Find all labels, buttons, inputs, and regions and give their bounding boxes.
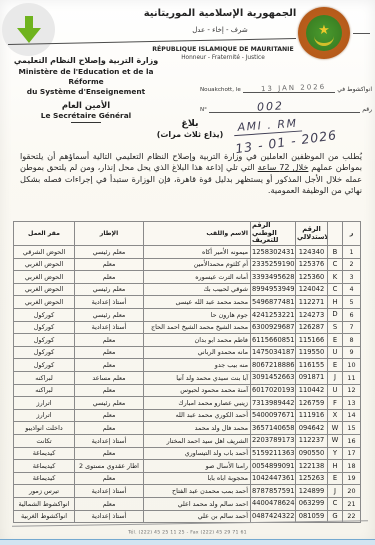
- table-row: 9U1195501475034187مانه محمدو الربانيمعلم…: [14, 346, 361, 359]
- table-row: 2C1253762335259190أم كلثوم محمدالأمينمعل…: [14, 258, 361, 271]
- handwritten-annotations: AMI . RM 13 - 01 - 2026: [233, 108, 355, 152]
- cell-name: جوم هارون حا: [144, 309, 251, 322]
- cell-workplace: انواكشوط الشمالية: [14, 497, 75, 510]
- cell-name: احمد سالم ولد محمد اعلي: [144, 497, 251, 510]
- cell-national_id: 2335259190: [251, 258, 296, 271]
- title-main: بلاغ: [130, 118, 250, 129]
- cell-name: محمد محمد عبد الله عيسى: [144, 296, 251, 309]
- table-row: 17Y0905505159211363أحمد باب ولد التيساور…: [14, 447, 361, 460]
- cell-ref_no: 115166: [296, 334, 328, 347]
- cell-name: فاطم محمد ابو بدان: [144, 334, 251, 347]
- bottom-blue-bar: [0, 539, 375, 545]
- handwritten-number: 002: [257, 99, 285, 113]
- cell-name: أحمد باب ولد التيساوري: [144, 447, 251, 460]
- cell-national_id: 5159211363: [251, 447, 296, 460]
- download-button[interactable]: [2, 3, 55, 56]
- cell-letter: D: [328, 309, 343, 322]
- table-row: 21C0632994400478624احمد سالم ولد محمد اع…: [14, 497, 361, 510]
- cell-ref_no: 124042: [296, 283, 328, 296]
- employee-roster-table: ر الرقم الاستدلالي الرقم الوطني للتعريف …: [13, 221, 361, 523]
- cell-num: 5: [343, 296, 361, 309]
- cell-national_id: 6017020193: [251, 384, 296, 397]
- cell-num: 20: [343, 485, 361, 498]
- cell-cadre: أستاذ إعدادية: [75, 485, 144, 498]
- cell-num: 4: [343, 283, 361, 296]
- cell-letter: C: [328, 258, 343, 271]
- cell-cadre: معلم: [75, 346, 144, 359]
- cell-name: محمد فال ولد محمد: [144, 422, 251, 435]
- cell-ref_no: 126287: [296, 321, 328, 334]
- cell-letter: F: [328, 397, 343, 410]
- cell-num: 19: [343, 472, 361, 485]
- cell-cadre: أستاذ إعدادية: [75, 296, 144, 309]
- cell-name: مانه محمدو الرباني: [144, 346, 251, 359]
- cell-workplace: كوركول: [14, 334, 75, 347]
- cell-num: 2: [343, 258, 361, 271]
- cell-letter: J: [328, 372, 343, 385]
- cell-name: منه بيب جدو: [144, 359, 251, 372]
- cell-national_id: 1042447361: [251, 472, 296, 485]
- table-row: 14X1119165400097671أحمد الكوري محمد عبد …: [14, 409, 361, 422]
- cell-letter: C: [328, 283, 343, 296]
- table-row: 20J1248998787857591أحمد بمب محمدن عبد ال…: [14, 485, 361, 498]
- cell-workplace: الحوض الغربي: [14, 296, 75, 309]
- cell-num: 9: [343, 346, 361, 359]
- cell-cadre: معلم: [75, 472, 144, 485]
- cell-workplace: كوركول: [14, 359, 75, 372]
- ministry-name-french-line2: du Système d'Enseignement: [6, 87, 166, 97]
- cell-cadre: معلم رئيسي: [75, 283, 144, 296]
- cell-cadre: معلم: [75, 447, 144, 460]
- ministry-name-french-line1: Ministère de l'Education et de la Réform…: [6, 67, 166, 87]
- cell-ref_no: 112237: [296, 435, 328, 448]
- cell-ref_no: 063299: [296, 497, 328, 510]
- cell-workplace: لبراكنه: [14, 372, 75, 385]
- cell-cadre: معلم رئيسي: [75, 309, 144, 322]
- cell-ref_no: 124899: [296, 485, 328, 498]
- cell-national_id: 3393495628: [251, 271, 296, 284]
- ministry-block: وزارة التربية وإصلاح النظام التعليمي Min…: [6, 56, 166, 123]
- cell-ref_no: 124340: [296, 246, 328, 259]
- cell-national_id: 6300929687: [251, 321, 296, 334]
- cell-name: أم كلثوم محمدالأمين: [144, 258, 251, 271]
- cell-cadre: معلم رئيسي: [75, 246, 144, 259]
- signature-underline: [71, 122, 101, 123]
- cell-ref_no: 124273: [296, 309, 328, 322]
- cell-national_id: 8994953949: [251, 283, 296, 296]
- cell-national_id: 4241253221: [251, 309, 296, 322]
- cell-num: 8: [343, 334, 361, 347]
- title-subtitle: (يذاع ثلاث مرات): [130, 130, 250, 139]
- header-row: ر الرقم الاستدلالي الرقم الوطني للتعريف …: [14, 222, 361, 246]
- notice-underlined-deadline: خلال 72 ساعة: [258, 162, 309, 172]
- cell-cadre: أستاذ إعدادية: [75, 510, 144, 523]
- header-letter: [328, 222, 343, 246]
- motto-french: Honneur - Fraternité - Justice: [148, 55, 298, 61]
- seal-center: ★: [306, 15, 342, 51]
- number-label-french: N°: [200, 107, 207, 113]
- cell-national_id: 2203789173: [251, 435, 296, 448]
- cell-num: 3: [343, 271, 361, 284]
- cell-letter: C: [328, 497, 343, 510]
- cell-cadre: معلم رئيسي: [75, 397, 144, 410]
- cell-num: 7: [343, 321, 361, 334]
- cell-workplace: الحوض الشرقي: [14, 246, 75, 259]
- cell-cadre: معلم: [75, 409, 144, 422]
- table-body: 1B1243401258302431ميمونه الأمير أكاهمعلم…: [14, 246, 361, 523]
- table-row: 1B1243401258302431ميمونه الأمير أكاهمعلم…: [14, 246, 361, 259]
- cell-letter: B: [328, 246, 343, 259]
- cell-cadre: معلم: [75, 359, 144, 372]
- place-label-french: Nouakchott, le: [200, 87, 241, 93]
- cell-ref_no: 126759: [296, 397, 328, 410]
- cell-name: الشريف اهل سيد احمد المختار: [144, 435, 251, 448]
- header-national-id: الرقم الوطني للتعريف: [251, 222, 296, 246]
- table-header: ر الرقم الاستدلالي الرقم الوطني للتعريف …: [14, 222, 361, 246]
- cell-cadre: معلم: [75, 258, 144, 271]
- cell-cadre: معلم: [75, 384, 144, 397]
- cell-national_id: 4400478624: [251, 497, 296, 510]
- cell-name: شوقي لحبيب بك: [144, 283, 251, 296]
- cell-num: 16: [343, 435, 361, 448]
- header-num: ر: [343, 222, 361, 246]
- cell-workplace: الحوض الغربي: [14, 283, 75, 296]
- cell-num: 14: [343, 409, 361, 422]
- cell-workplace: كوركول: [14, 321, 75, 334]
- table-row: 13F1267597313989442زينبي عصارو محمد امبا…: [14, 397, 361, 410]
- cell-national_id: 3657140658: [251, 422, 296, 435]
- cell-ref_no: 110442: [296, 384, 328, 397]
- cell-num: 1: [343, 246, 361, 259]
- cell-ref_no: 111916: [296, 409, 328, 422]
- table-row: 8E1151666115660851فاطم محمد ابو بدانمعلم…: [14, 334, 361, 347]
- download-arrow-icon: [17, 16, 41, 44]
- cell-name: أمانه الترت عيسوره: [144, 271, 251, 284]
- cell-letter: U: [328, 346, 343, 359]
- table-row: 12U1104426017020193آمنة محمد محمود لحبوس…: [14, 384, 361, 397]
- cell-workplace: لبراكنه: [14, 384, 75, 397]
- ministry-name-arabic: وزارة التربية وإصلاح النظام التعليمي: [6, 56, 166, 65]
- header-workplace: مقر العمل: [14, 222, 75, 246]
- cell-workplace: كيديماغة: [14, 472, 75, 485]
- cell-letter: U: [328, 384, 343, 397]
- date-blank-line: 13 JAN 2026: [243, 84, 335, 93]
- cell-cadre: معلم: [75, 422, 144, 435]
- table-row: 16W1122372203789173الشريف اهل سيد احمد ا…: [14, 435, 361, 448]
- table-row: 6D1242734241253221جوم هارون حامعلم رئيسي…: [14, 309, 361, 322]
- cell-workplace: كوركول: [14, 346, 75, 359]
- cell-num: 13: [343, 397, 361, 410]
- cell-letter: E: [328, 472, 343, 485]
- cell-name: زينبي عصارو محمد امبارك: [144, 397, 251, 410]
- cell-ref_no: 091871: [296, 372, 328, 385]
- header-cadre: الإطار: [75, 222, 144, 246]
- cell-cadre: معلم: [75, 334, 144, 347]
- cell-workplace: انواكشوط الغربية: [14, 510, 75, 523]
- table-row: 7S1262876300929687محمد الشيخ محمد الشيخ …: [14, 321, 361, 334]
- header-ref-no: الرقم الاستدلالي: [296, 222, 328, 246]
- cell-letter: H: [328, 460, 343, 473]
- country-name-arabic: الجمهورية الإسلامية الموريتانية: [138, 8, 302, 19]
- cell-national_id: 0054899091: [251, 460, 296, 473]
- cell-workplace: اترارز: [14, 409, 75, 422]
- cell-name: ميمونه الأمير أكاه: [144, 246, 251, 259]
- cell-workplace: كيديماغة: [14, 447, 75, 460]
- footer-contact: Tél. (222) 45 25 11 25 - Fax (222) 45 29…: [41, 530, 334, 535]
- cell-letter: W: [328, 435, 343, 448]
- table-row: 11J0918713091452663آبا بنت سيدي محمد ولد…: [14, 372, 361, 385]
- motto-arabic: شرف - إخاء - عدل: [138, 26, 302, 34]
- cell-national_id: 6115660851: [251, 334, 296, 347]
- cell-ref_no: 090550: [296, 447, 328, 460]
- cell-num: 17: [343, 447, 361, 460]
- cell-ref_no: 112271: [296, 296, 328, 309]
- header-name: الاسم واللقب: [144, 222, 251, 246]
- cell-workplace: تيرس زمور: [14, 485, 75, 498]
- cell-name: آبا بنت سيدي محمد ولد آنيا: [144, 372, 251, 385]
- cell-national_id: 7313989442: [251, 397, 296, 410]
- cell-ref_no: 125376: [296, 258, 328, 271]
- cell-cadre: معلم مساعد: [75, 372, 144, 385]
- cell-ref_no: 125263: [296, 472, 328, 485]
- cell-num: 18: [343, 460, 361, 473]
- table-row: 19E1252631042447361محجوبة اباه بابامعلمك…: [14, 472, 361, 485]
- cell-workplace: تكانت: [14, 435, 75, 448]
- cell-num: 21: [343, 497, 361, 510]
- crescent-icon: [314, 34, 334, 46]
- document-title: بلاغ (يذاع ثلاث مرات): [130, 118, 250, 139]
- cell-letter: W: [328, 422, 343, 435]
- cell-workplace: داخلت انواذيبو: [14, 422, 75, 435]
- table-row: 4C1240428994953949شوقي لحبيب بكمعلم رئيس…: [14, 283, 361, 296]
- cell-letter: H: [328, 296, 343, 309]
- country-name-french: RÉPUBLIQUE ISLAMIQUE DE MAURITANIE: [148, 46, 298, 53]
- cell-national_id: 3091452663: [251, 372, 296, 385]
- cell-letter: K: [328, 271, 343, 284]
- cell-national_id: 8787857591: [251, 485, 296, 498]
- cell-letter: E: [328, 359, 343, 372]
- table-row: 15W0946423657140658محمد فال ولد محمدمعلم…: [14, 422, 361, 435]
- cell-national_id: 1258302431: [251, 246, 296, 259]
- cell-num: 11: [343, 372, 361, 385]
- cell-name: محجوبة اباه بابا: [144, 472, 251, 485]
- national-seal: ★: [298, 7, 350, 59]
- table-row: 5H1122715496877481محمد محمد عبد الله عيس…: [14, 296, 361, 309]
- date-stamp: 13 JAN 2026: [261, 83, 326, 93]
- cell-num: 12: [343, 384, 361, 397]
- date-line: Nouakchott, le 13 JAN 2026 انواكشوط في: [200, 84, 372, 93]
- cell-num: 6: [343, 309, 361, 322]
- cell-name: آمنة محمد محمود لحبوس: [144, 384, 251, 397]
- cell-workplace: كيديماغة: [14, 460, 75, 473]
- cell-num: 10: [343, 359, 361, 372]
- cell-cadre: معلم: [75, 271, 144, 284]
- place-label-arabic: انواكشوط في: [337, 86, 372, 93]
- cell-workplace: الحوض الغربي: [14, 271, 75, 284]
- table-row: 3K1253603393495628أمانه الترت عيسورهمعلم…: [14, 271, 361, 284]
- cell-letter: S: [328, 321, 343, 334]
- cell-letter: J: [328, 485, 343, 498]
- number-label-arabic: رقم: [362, 106, 372, 113]
- header-rule-right: [353, 33, 370, 34]
- cell-ref_no: 122138: [296, 460, 328, 473]
- cell-name: محمد الشيخ محمد الشيخ احمد الحاج: [144, 321, 251, 334]
- table-row: 10E1161558067218886منه بيب جدومعلمكوركول: [14, 359, 361, 372]
- cell-cadre: اطار عقدوي مستوى 2: [75, 460, 144, 473]
- scanned-document-page: ★ الجمهورية الإسلامية الموريتانية شرف - …: [0, 0, 375, 545]
- cell-national_id: 8067218886: [251, 359, 296, 372]
- cell-name: رامنا الأسال صو: [144, 460, 251, 473]
- table-row: 18H1221380054899091رامنا الأسال صواطار ع…: [14, 460, 361, 473]
- notice-paragraph: يُطلب من الموظفين العاملين في وزارة التر…: [20, 151, 362, 196]
- secretary-general-arabic: الأمين العام: [6, 100, 166, 110]
- cell-national_id: 5496877481: [251, 296, 296, 309]
- cell-name: أحمد بمب محمدن عبد الفتاح: [144, 485, 251, 498]
- cell-workplace: كوركول: [14, 309, 75, 322]
- cell-workplace: اترارز: [14, 397, 75, 410]
- cell-ref_no: 125360: [296, 271, 328, 284]
- cell-cadre: أستاذ إعدادية: [75, 321, 144, 334]
- cell-national_id: 1475034187: [251, 346, 296, 359]
- cell-name: أحمد الكوري محمد عبد الله: [144, 409, 251, 422]
- cell-letter: Y: [328, 447, 343, 460]
- cell-cadre: معلم: [75, 497, 144, 510]
- cell-ref_no: 094642: [296, 422, 328, 435]
- cell-ref_no: 116155: [296, 359, 328, 372]
- cell-name: أحمد سالم بن علي: [144, 510, 251, 523]
- cell-num: 15: [343, 422, 361, 435]
- cell-letter: X: [328, 409, 343, 422]
- cell-national_id: 5400097671: [251, 409, 296, 422]
- cell-ref_no: 119550: [296, 346, 328, 359]
- cell-cadre: أستاذ إعدادية: [75, 435, 144, 448]
- cell-workplace: الحوض الغربي: [14, 258, 75, 271]
- cell-letter: E: [328, 334, 343, 347]
